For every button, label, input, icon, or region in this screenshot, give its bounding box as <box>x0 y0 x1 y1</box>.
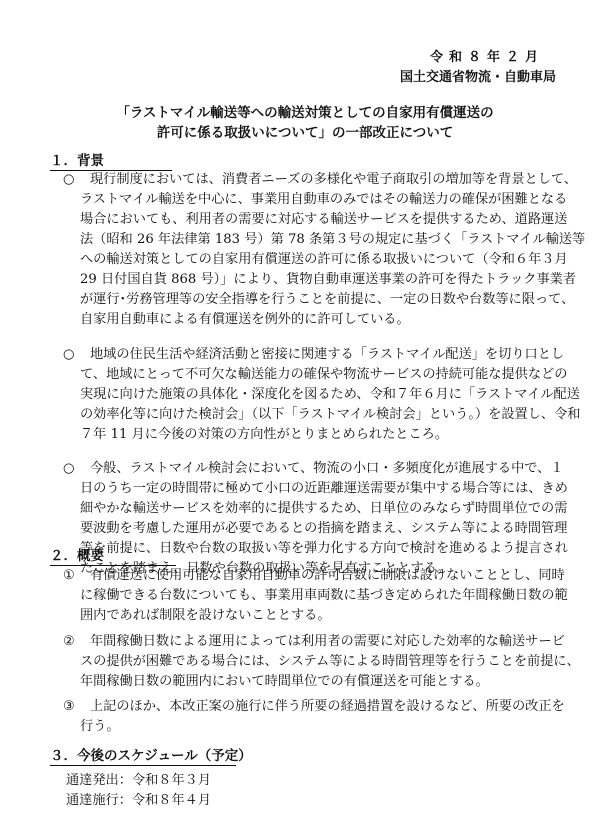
paragraph-line: 年間稼働日数の範囲内において時間単位での有償運送を可能とする。 <box>80 672 489 692</box>
paragraph-line: が運行･労務管理等の安全指導を行うことを前提に、一定の日数や台数等に限って、 <box>80 290 574 310</box>
paragraph-line: て、地域にとって不可欠な輸送能力の確保や物流サービスの持続可能な提供などの <box>80 365 567 385</box>
paragraph-line: 囲内であれば制限を設けないこととする。 <box>80 606 331 626</box>
paragraph-line: への輸送対策としての自家用有償運送の許可に係る取扱いについて（令和６年３月 <box>80 250 568 270</box>
bullet-circle-icon: ○ <box>63 345 75 365</box>
paragraph-line: の効率化等に向けた検討会」（以下「ラストマイル検討会」という。）を設置し、令和 <box>80 405 580 425</box>
paragraph-line: ７年 11 月に今後の対策の方向性がとりまとめられたところ。 <box>80 425 448 445</box>
paragraph-line: 上記のほか、本改正案の施行に伴う所要の経過措置を設けるなど、所要の改正を <box>90 697 565 717</box>
schedule-item-issuance: 通達発出：令和８年３月 <box>66 769 211 788</box>
bullet-circle-icon: ○ <box>63 170 75 190</box>
paragraph-line: 年間稼働日数による運用によっては利用者の需要に対応した効率的な輸送サービ <box>90 632 565 652</box>
document-title-line-2: 許可に係る取扱いについて」の一部改正について <box>0 121 610 141</box>
paragraph-line: 場合においても、利用者の需要に対応する輸送サービスを提供するため、道路運送 <box>80 210 567 230</box>
paragraph-line: 要波動を考慮した運用が必要であるとの指摘を踏まえ、システム等による時間管理 <box>80 519 567 539</box>
section-heading-overview: ２．概要 <box>50 548 176 566</box>
document-date: 令和８年２月 <box>430 46 544 65</box>
paragraph-line: スの提供が困難である場合には、システム等による時間管理等を行うことを前提に、 <box>80 652 580 672</box>
paragraph-line: 有償運送に使用可能な自家用自動車の許可台数に制限は設けないこととし、同時 <box>90 566 565 586</box>
paragraph-line: 細やかな輸送サービスを効率的に提供するため、日単位のみならず時間単位での需 <box>80 499 567 519</box>
section-heading-schedule: ３．今後のスケジュール（予定） <box>50 748 236 766</box>
paragraph-line: 行う。 <box>80 717 120 737</box>
issuing-organization: 国土交通省物流・自動車局 <box>400 66 556 85</box>
bullet-number-1: ① <box>63 566 75 586</box>
paragraph-line: 自家用自動車による有償運送を例外的に許可している。 <box>80 310 410 330</box>
paragraph-line: 現行制度においては、消費者ニーズの多様化や電子商取引の増加等を背景として、 <box>90 170 577 190</box>
paragraph-line: ラストマイル輸送を中心に、事業用自動車のみではその輸送力の確保が困難となる <box>80 190 567 210</box>
section-heading-background: １．背景 <box>50 153 172 171</box>
bullet-number-3: ③ <box>63 697 75 717</box>
schedule-item-enforcement: 通達施行：令和８年４月 <box>66 789 211 808</box>
paragraph-line: 地域の住民生活や経済活動と密接に関連する「ラストマイル配送」を切り口とし <box>90 345 564 365</box>
paragraph-line: 29 日付国自貨 868 号）」により、貨物自動車運送事業の許可を得たトラック事… <box>80 270 576 290</box>
document-title-line-1: 「ラストマイル輸送等への輸送対策としての自家用有償運送の <box>0 101 610 121</box>
paragraph-line: 日のうち一定の時間帯に極めて小口の近距離運送需要が集中する場合等には、きめ <box>80 479 568 499</box>
paragraph-line: に稼働できる台数についても、事業用車両数に基づき定められた年間稼働日数の範 <box>80 586 568 606</box>
bullet-number-2: ② <box>63 632 75 652</box>
bullet-circle-icon: ○ <box>63 459 75 479</box>
paragraph-line: 実現に向けた施策の具体化・深度化を図るため、令和７年６月に「ラストマイル配送 <box>80 385 580 405</box>
paragraph-line: 今般、ラストマイル検討会において、物流の小口・多頻度化が進展する中で、１ <box>90 459 564 479</box>
paragraph-line: 法（昭和 26 年法律第 183 号）第 78 条第３号の規定に基づく「ラストマ… <box>80 230 585 250</box>
